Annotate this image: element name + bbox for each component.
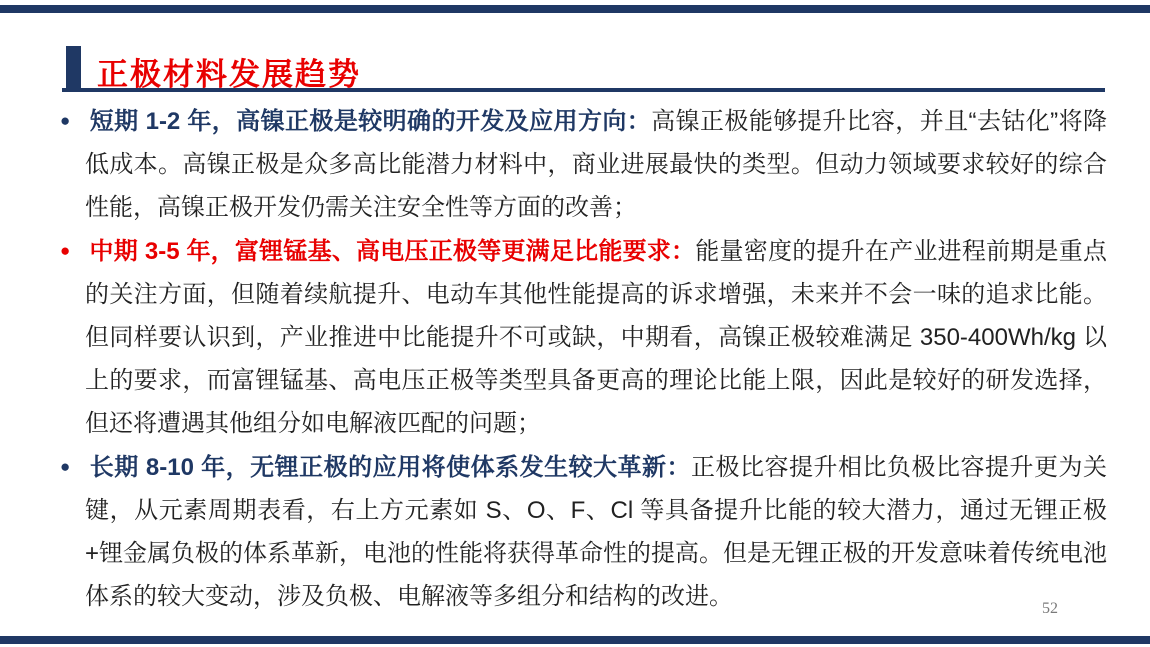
bullet-lead-text: 长期 8-10 年，无锂正极的应用将使体系发生较大革新： xyxy=(90,454,691,481)
bullet-dot-icon: ● xyxy=(60,457,71,476)
slide-body: ●短期 1-2 年，高镍正极是较明确的开发及应用方向：高镍正极能够提升比容，并且… xyxy=(60,99,1107,618)
title-marker-bar xyxy=(66,46,81,91)
bullet-dot-icon: ● xyxy=(60,111,71,130)
bullet-body-text: 能量密度的提升在产业进程前期是重点的关注方面，但随着续航提升、电动车其他性能提高… xyxy=(85,238,1107,437)
bullet-item-short-term: ●短期 1-2 年，高镍正极是较明确的开发及应用方向：高镍正极能够提升比容，并且… xyxy=(60,99,1107,229)
top-accent-bar xyxy=(0,5,1150,13)
bullet-lead-text: 短期 1-2 年，高镍正极是较明确的开发及应用方向： xyxy=(90,108,652,135)
bullet-lead-text: 中期 3-5 年，富锂锰基、高电压正极等更满足比能要求： xyxy=(90,238,696,265)
bullet-item-long-term: ●长期 8-10 年，无锂正极的应用将使体系发生较大革新：正极比容提升相比负极比… xyxy=(60,445,1107,618)
bullet-item-mid-term: ●中期 3-5 年，富锂锰基、高电压正极等更满足比能要求：能量密度的提升在产业进… xyxy=(60,229,1107,445)
bottom-accent-bar xyxy=(0,636,1150,644)
title-underline xyxy=(62,88,1105,92)
page-number: 52 xyxy=(1042,600,1058,618)
bullet-dot-icon: ● xyxy=(60,241,71,260)
presentation-slide: 正极材料发展趋势 ●短期 1-2 年，高镍正极是较明确的开发及应用方向：高镍正极… xyxy=(0,0,1150,647)
